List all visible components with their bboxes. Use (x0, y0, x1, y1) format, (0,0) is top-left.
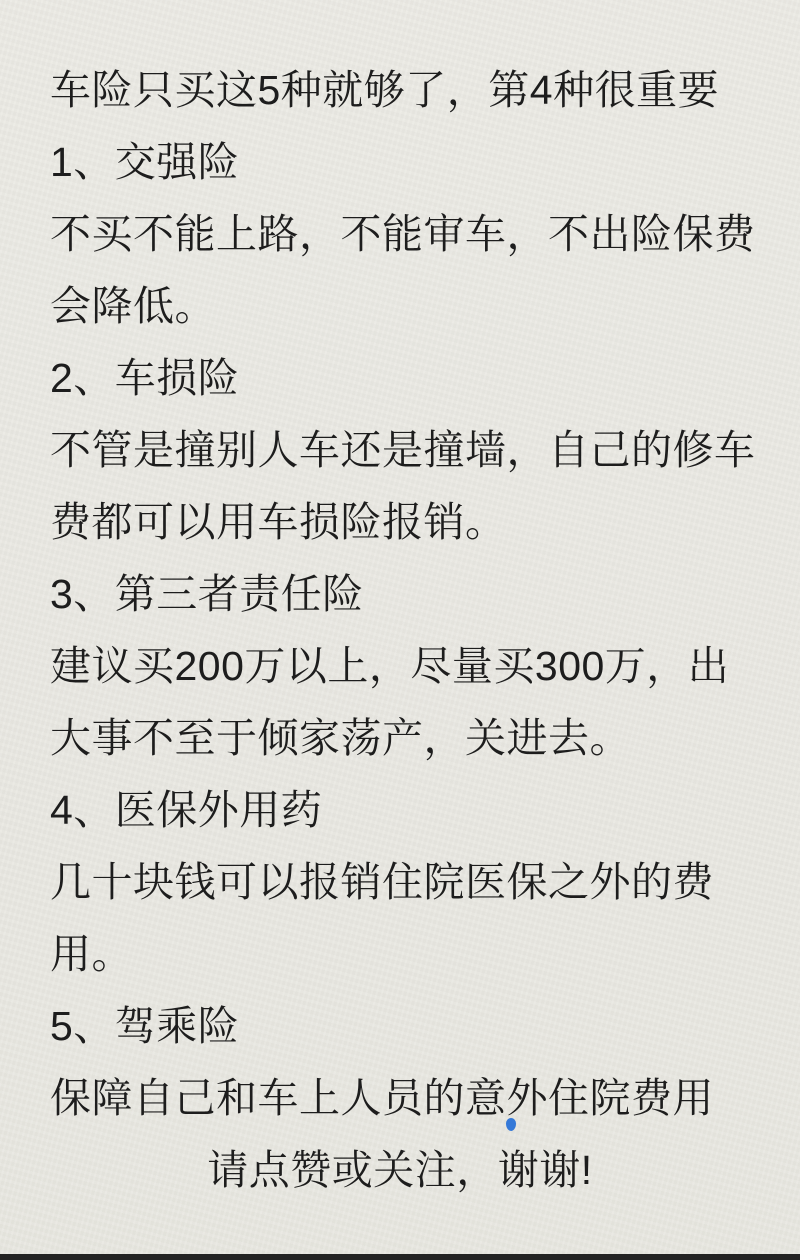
text-line: 几十块钱可以报销住院医保之外的费 (50, 846, 750, 918)
text-line: 不买不能上路，不能审车，不出险保费 (50, 198, 750, 270)
text-line: 保障自己和车上人员的意外住院费用 (50, 1062, 750, 1134)
bottom-bar (0, 1254, 800, 1260)
text-line-item-2-heading: 2、车损险 (50, 342, 750, 414)
text-line-item-5-heading: 5、驾乘险 (50, 990, 750, 1062)
text-line-item-3-heading: 3、第三者责任险 (50, 558, 750, 630)
page-title: 车险只买这5种就够了，第4种很重要 (50, 54, 750, 126)
text-line-item-4-heading: 4、医保外用药 (50, 774, 750, 846)
text-line: 不管是撞别人车还是撞墙，自己的修车 (50, 414, 750, 486)
text-card: 车险只买这5种就够了，第4种很重要 1、交强险 不买不能上路，不能审车，不出险保… (0, 0, 800, 1260)
text-line: 大事不至于倾家荡产，关进去。 (50, 702, 750, 774)
text-line: 费都可以用车损险报销。 (50, 486, 750, 558)
text-line: 会降低。 (50, 270, 750, 342)
text-line-item-1-heading: 1、交强险 (50, 126, 750, 198)
footer-call-to-action: 请点赞或关注，谢谢! (50, 1134, 750, 1206)
text-line: 用。 (50, 918, 750, 990)
text-line: 建议买200万以上，尽量买300万，出 (50, 630, 750, 702)
